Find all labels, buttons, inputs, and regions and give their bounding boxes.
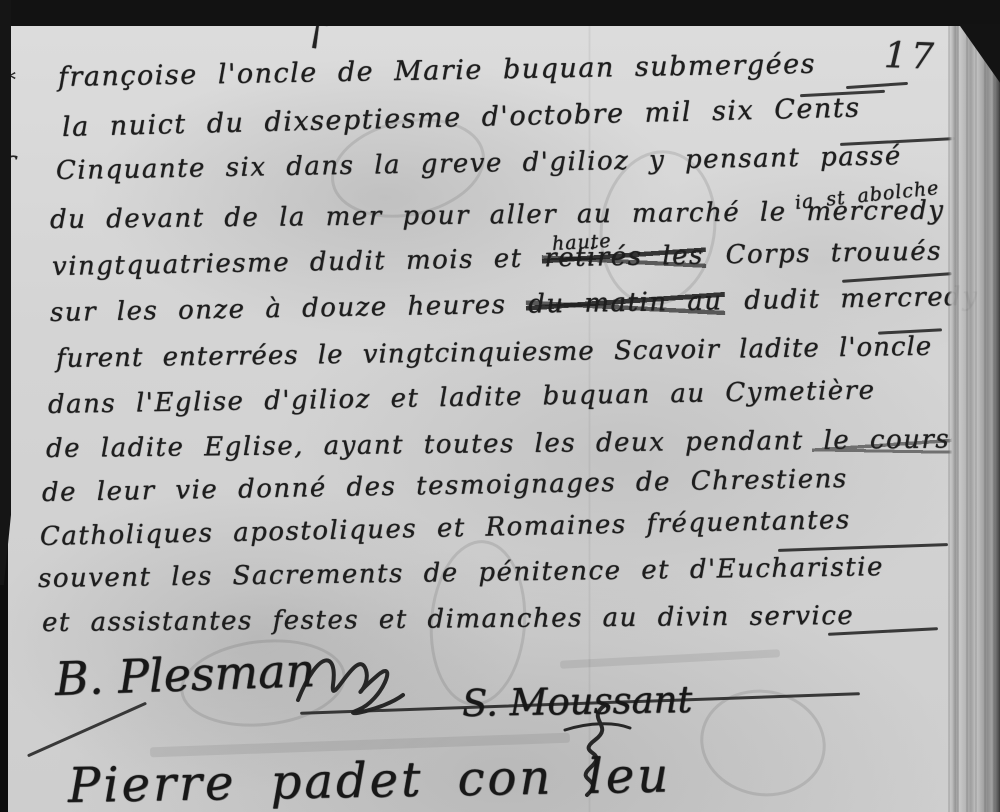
struck-text: du matin au — [526, 286, 725, 319]
scan-border-left — [0, 0, 11, 585]
next-entry-fragment: Pierre padet con leu — [68, 747, 672, 812]
manuscript-scan: 17 † * ſ françoise l'oncle de Marie buqu… — [0, 0, 1000, 812]
signature: B. Plesman — [54, 643, 316, 706]
page-number: 17 — [883, 35, 938, 78]
book-page-edge — [948, 24, 1000, 812]
struck-text: retirés les — [542, 241, 706, 274]
scan-border-top — [0, 0, 1000, 26]
